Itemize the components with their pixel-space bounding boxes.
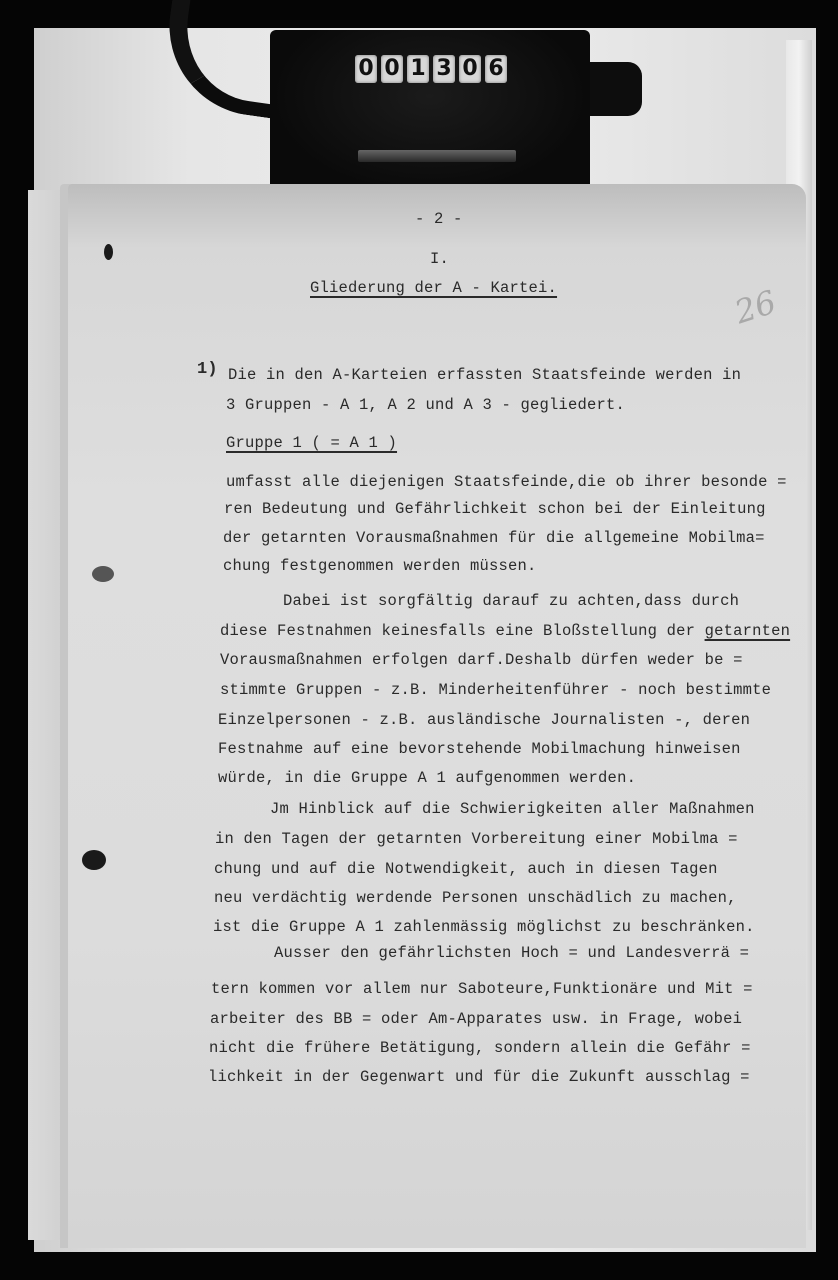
text-line: ren Bedeutung und Gefährlichkeit schon b… <box>224 500 766 518</box>
text-line: Dabei ist sorgfältig darauf zu achten,da… <box>283 592 739 610</box>
text-line: diese Festnahmen keinesfalls eine Bloßst… <box>220 622 790 640</box>
punch-hole-icon <box>82 850 106 870</box>
text-line: arbeiter des BB = oder Am-Apparates usw.… <box>210 1010 742 1028</box>
text-line: chung und auf die Notwendigkeit, auch in… <box>214 860 718 878</box>
text-line: Ausser den gefährlichsten Hoch = und Lan… <box>274 944 749 962</box>
counter-digit: 0 <box>355 55 377 83</box>
counter-digit: 6 <box>485 55 507 83</box>
text-line: umfasst alle diejenigen Staatsfeinde,die… <box>226 473 787 491</box>
text-line: würde, in die Gruppe A 1 aufgenommen wer… <box>218 769 636 787</box>
text-line: stimmte Gruppen - z.B. Minderheitenführe… <box>220 681 771 699</box>
text-line: Jm Hinblick auf die Schwierigkeiten alle… <box>270 800 755 818</box>
page-title: Gliederung der A - Kartei. <box>310 279 557 297</box>
text-line: ist die Gruppe A 1 zahlenmässig möglichs… <box>213 918 755 936</box>
text-line: Einzelpersonen - z.B. ausländische Journ… <box>218 711 750 729</box>
item-marker: 1) <box>197 360 218 379</box>
text-line: nicht die frühere Betätigung, sondern al… <box>209 1039 751 1057</box>
punch-hole-icon <box>104 244 113 260</box>
text-line: neu verdächtig werdende Personen unschäd… <box>214 889 737 907</box>
counter-digit: 0 <box>459 55 481 83</box>
text-line: chung festgenommen werden müssen. <box>223 557 537 575</box>
group-heading: Gruppe 1 ( = A 1 ) <box>226 434 397 452</box>
text-line: lichkeit in der Gegenwart und für die Zu… <box>208 1068 750 1086</box>
text-line: der getarnten Vorausmaßnahmen für die al… <box>223 529 765 547</box>
section-numeral: I. <box>430 250 449 268</box>
text-line: in den Tagen der getarnten Vorbereitung … <box>215 830 738 848</box>
text-line: Die in den A-Karteien erfassten Staatsfe… <box>228 366 741 384</box>
text-fragment: diese Festnahmen keinesfalls eine Bloßst… <box>220 622 705 640</box>
text-line: Vorausmaßnahmen erfolgen darf.Deshalb dü… <box>220 651 743 669</box>
text-line: Festnahme auf eine bevorstehende Mobilma… <box>218 740 741 758</box>
punch-hole-icon <box>92 566 114 582</box>
counter-digit: 0 <box>381 55 403 83</box>
underlined-word: getarnten <box>705 622 791 640</box>
paper-edge <box>28 190 68 1240</box>
text-line: 3 Gruppen - A 1, A 2 und A 3 - geglieder… <box>226 396 625 414</box>
text-line: tern kommen vor allem nur Saboteure,Funk… <box>211 980 753 998</box>
counter-digit: 3 <box>433 55 455 83</box>
counter-knob <box>590 62 642 116</box>
counter-slot <box>358 150 516 162</box>
frame-counter-display: 0 0 1 3 0 6 <box>355 55 507 83</box>
page-number: - 2 - <box>415 210 463 228</box>
counter-digit: 1 <box>407 55 429 83</box>
